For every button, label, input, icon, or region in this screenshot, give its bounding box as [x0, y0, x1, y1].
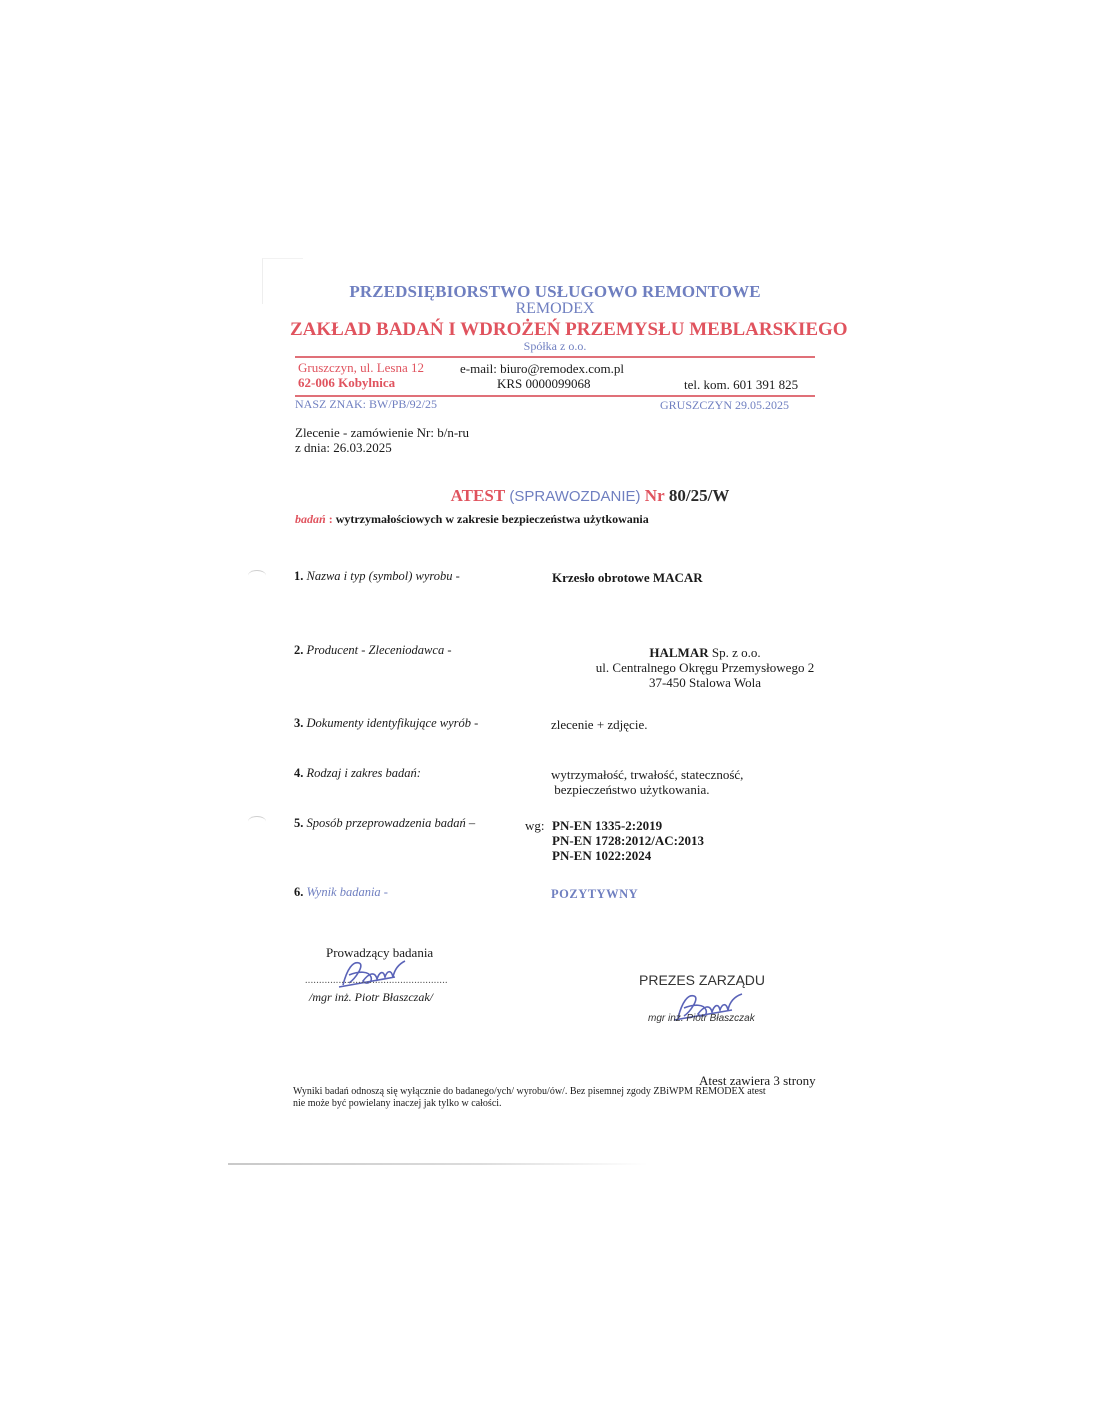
item-number: 1. — [294, 569, 303, 583]
product-name: Krzesło obrotowe MACAR — [552, 570, 703, 586]
order-number: Zlecenie - zamówienie Nr: b/n-ru — [295, 425, 469, 441]
punch-hole-mark — [248, 570, 266, 581]
scan-edge-line — [228, 1163, 648, 1165]
test-scope-line: wytrzymałość, trwałość, stateczność, — [551, 767, 743, 782]
contact-phone: tel. kom. 601 391 825 — [684, 377, 798, 393]
company-legal-form: Spółka z o.o. — [280, 339, 830, 354]
disclaimer-line: nie może być powielany inaczej jak tylko… — [293, 1098, 502, 1109]
identification-documents: zlecenie + zdjęcie. — [551, 717, 647, 733]
item-number: 4. — [294, 766, 303, 780]
address-street: Gruszczyn, ul. Lesna 12 — [298, 360, 424, 376]
item-1-label: 1. Nazwa i typ (symbol) wyrobu - — [294, 569, 460, 584]
item-number: 2. — [294, 643, 303, 657]
document-title: ATEST (SPRAWOZDANIE) Nr 80/25/W — [280, 486, 900, 506]
title-number: 80/25/W — [669, 486, 729, 505]
address-city: 62-006 Kobylnica — [298, 375, 395, 391]
item-number: 6. — [294, 885, 303, 899]
company-name: PRZEDSIĘBIORSTWO USŁUGOWO REMONTOWE — [280, 282, 830, 302]
president-title: PREZES ZARZĄDU — [639, 972, 765, 988]
item-label-text: Sposób przeprowadzenia badań – — [307, 816, 476, 830]
item-6-label: 6. Wynik badania - — [294, 885, 388, 900]
item-label-text: Producent - Zleceniodawca - — [307, 643, 452, 657]
item-3-label: 3. Dokumenty identyfikujące wyrób - — [294, 716, 478, 731]
producent-legal: Sp. z o.o. — [709, 645, 761, 660]
subtitle-text: wytrzymałościowych w zakresie bezpieczeń… — [336, 512, 649, 526]
producent-name: HALMAR — [649, 645, 708, 660]
producent-city: 37-450 Stalowa Wola — [540, 675, 870, 690]
disclaimer-line: Wyniki badań odnoszą się wyłącznie do ba… — [293, 1086, 766, 1097]
producent-street: ul. Centralnego Okręgu Przemysłowego 2 — [540, 660, 870, 675]
title-sub: (SPRAWOZDANIE) — [509, 488, 640, 505]
item-number: 3. — [294, 716, 303, 730]
header-divider — [295, 356, 815, 358]
document-subtitle: badań : wytrzymałościowych w zakresie be… — [295, 512, 649, 527]
tester-signature-icon — [335, 955, 415, 993]
item-label-text: Rodzaj i zakres badań: — [307, 766, 421, 780]
title-atest: ATEST — [451, 486, 506, 505]
standard-item: PN-EN 1335-2:2019 — [552, 818, 704, 833]
producent-block: HALMAR Sp. z o.o. ul. Centralnego Okręgu… — [540, 645, 870, 690]
subtitle-separator: : — [326, 512, 336, 526]
item-2-label: 2. Producent - Zleceniodawca - — [294, 643, 451, 658]
tester-name: /mgr inż. Piotr Błaszczak/ — [309, 990, 433, 1005]
item-4-label: 4. Rodzaj i zakres badań: — [294, 766, 421, 781]
subtitle-label: badań — [295, 512, 326, 526]
standard-item: PN-EN 1022:2024 — [552, 848, 704, 863]
item-label-text: Dokumenty identyfikujące wyrób - — [307, 716, 479, 730]
item-label-text: Nazwa i typ (symbol) wyrobu - — [307, 569, 460, 583]
contact-email: e-mail: biuro@remodex.com.pl — [460, 361, 624, 377]
company-division: ZAKŁAD BADAŃ I WDROŻEŃ PRZEMYSŁU MEBLARS… — [290, 319, 820, 341]
test-scope-line: bezpieczeństwo użytkowania. — [551, 782, 743, 797]
test-scope: wytrzymałość, trwałość, stateczność, bez… — [551, 767, 743, 797]
title-nr-label: Nr — [645, 486, 665, 505]
punch-hole-mark — [248, 816, 266, 827]
president-name: mgr inż. Piotr Błaszczak — [648, 1013, 755, 1024]
standard-item: PN-EN 1728:2012/AC:2013 — [552, 833, 704, 848]
krs-number: KRS 0000099068 — [497, 376, 591, 392]
company-brand: REMODEX — [280, 300, 830, 318]
place-date: GRUSZCZYN 29.05.2025 — [660, 398, 789, 413]
order-date: z dnia: 26.03.2025 — [295, 440, 392, 456]
standards-prefix: wg: — [525, 818, 545, 834]
item-label-text: Wynik badania - — [307, 885, 388, 899]
item-5-label: 5. Sposób przeprowadzenia badań – — [294, 816, 475, 831]
standards-list: PN-EN 1335-2:2019 PN-EN 1728:2012/AC:201… — [552, 818, 704, 863]
reference-number: NASZ ZNAK: BW/PB/92/25 — [295, 397, 437, 412]
test-result: POZYTYWNY — [551, 887, 638, 902]
item-number: 5. — [294, 816, 303, 830]
signature-line: ........................................… — [305, 975, 448, 986]
